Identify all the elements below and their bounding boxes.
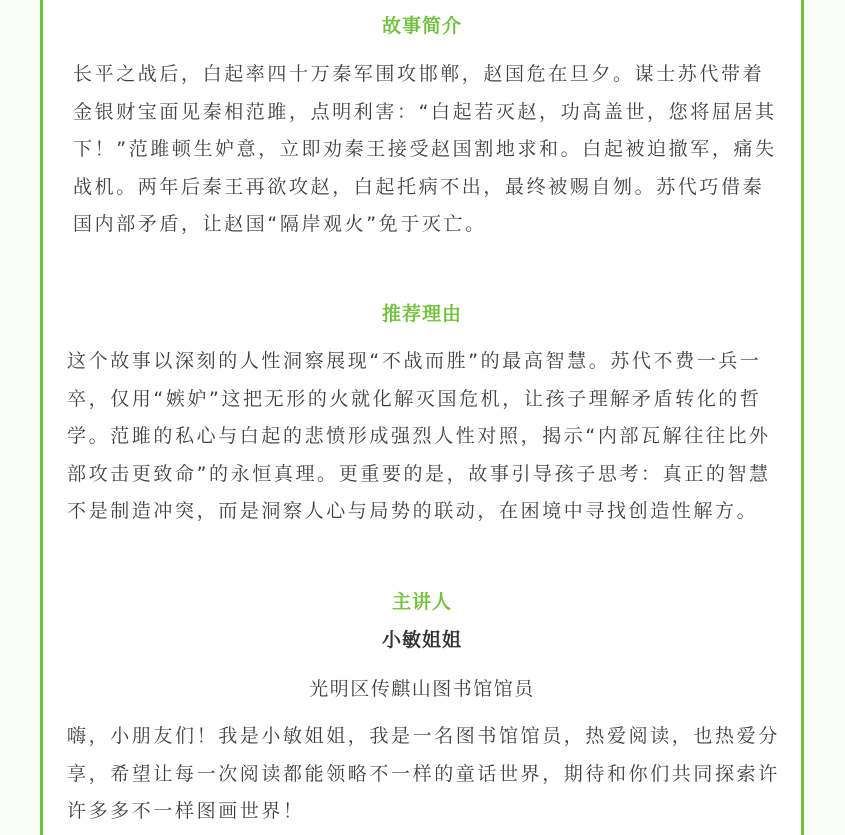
speaker-bio-line: 许多多不一样图画世界！ [67, 793, 779, 831]
story-intro-heading: 故事简介 [43, 11, 801, 38]
speaker-bio-paragraph: 嗨，小朋友们！我是小敏姐姐，我是一名图书馆馆员，热爱阅读，也热爱分 享，希望让每… [67, 718, 779, 831]
recommendation-paragraph: 这个故事以深刻的人性洞察展现“不战而胜”的最高智慧。苏代不费一兵一 卒，仅用“嫉… [67, 343, 779, 531]
speaker-bio-line: 享，希望让每一次阅读都能领略不一样的童话世界，期待和你们共同探索许 [67, 756, 779, 794]
speaker-bio-line: 嗨，小朋友们！我是小敏姐姐，我是一名图书馆馆员，热爱阅读，也热爱分 [67, 718, 779, 756]
story-intro-line: 下！”范雎顿生妒意，立即劝秦王接受赵国割地求和。白起被迫撤军，痛失 [73, 131, 773, 169]
story-intro-line: 战机。两年后秦王再欲攻赵，白起托病不出，最终被赐自刎。苏代巧借秦 [73, 169, 773, 207]
speaker-name: 小敏姐姐 [43, 625, 801, 652]
content-card: 故事简介 长平之战后，白起率四十万秦军围攻邯郸，赵国危在旦夕。谋士苏代带着 金银… [40, 0, 804, 835]
story-intro-line: 金银财宝面见秦相范雎，点明利害：“白起若灭赵，功高盖世，您将屈居其 [73, 94, 773, 132]
speaker-heading: 主讲人 [43, 587, 801, 614]
recommendation-line: 不是制造冲突，而是洞察人心与局势的联动，在困境中寻找创造性解方。 [67, 493, 779, 531]
speaker-role: 光明区传麒山图书馆馆员 [43, 674, 801, 701]
recommendation-line: 部攻击更致命”的永恒真理。更重要的是，故事引导孩子思考：真正的智慧 [67, 456, 779, 494]
story-intro-line: 国内部矛盾，让赵国“隔岸观火”免于灭亡。 [73, 206, 773, 244]
story-intro-line: 长平之战后，白起率四十万秦军围攻邯郸，赵国危在旦夕。谋士苏代带着 [73, 56, 773, 94]
recommendation-line: 这个故事以深刻的人性洞察展现“不战而胜”的最高智慧。苏代不费一兵一 [67, 343, 779, 381]
recommendation-heading: 推荐理由 [43, 299, 801, 326]
story-intro-paragraph: 长平之战后，白起率四十万秦军围攻邯郸，赵国危在旦夕。谋士苏代带着 金银财宝面见秦… [73, 56, 773, 244]
recommendation-line: 卒，仅用“嫉妒”这把无形的火就化解灭国危机，让孩子理解矛盾转化的哲 [67, 381, 779, 419]
recommendation-line: 学。范雎的私心与白起的悲愤形成强烈人性对照，揭示“内部瓦解往往比外 [67, 418, 779, 456]
